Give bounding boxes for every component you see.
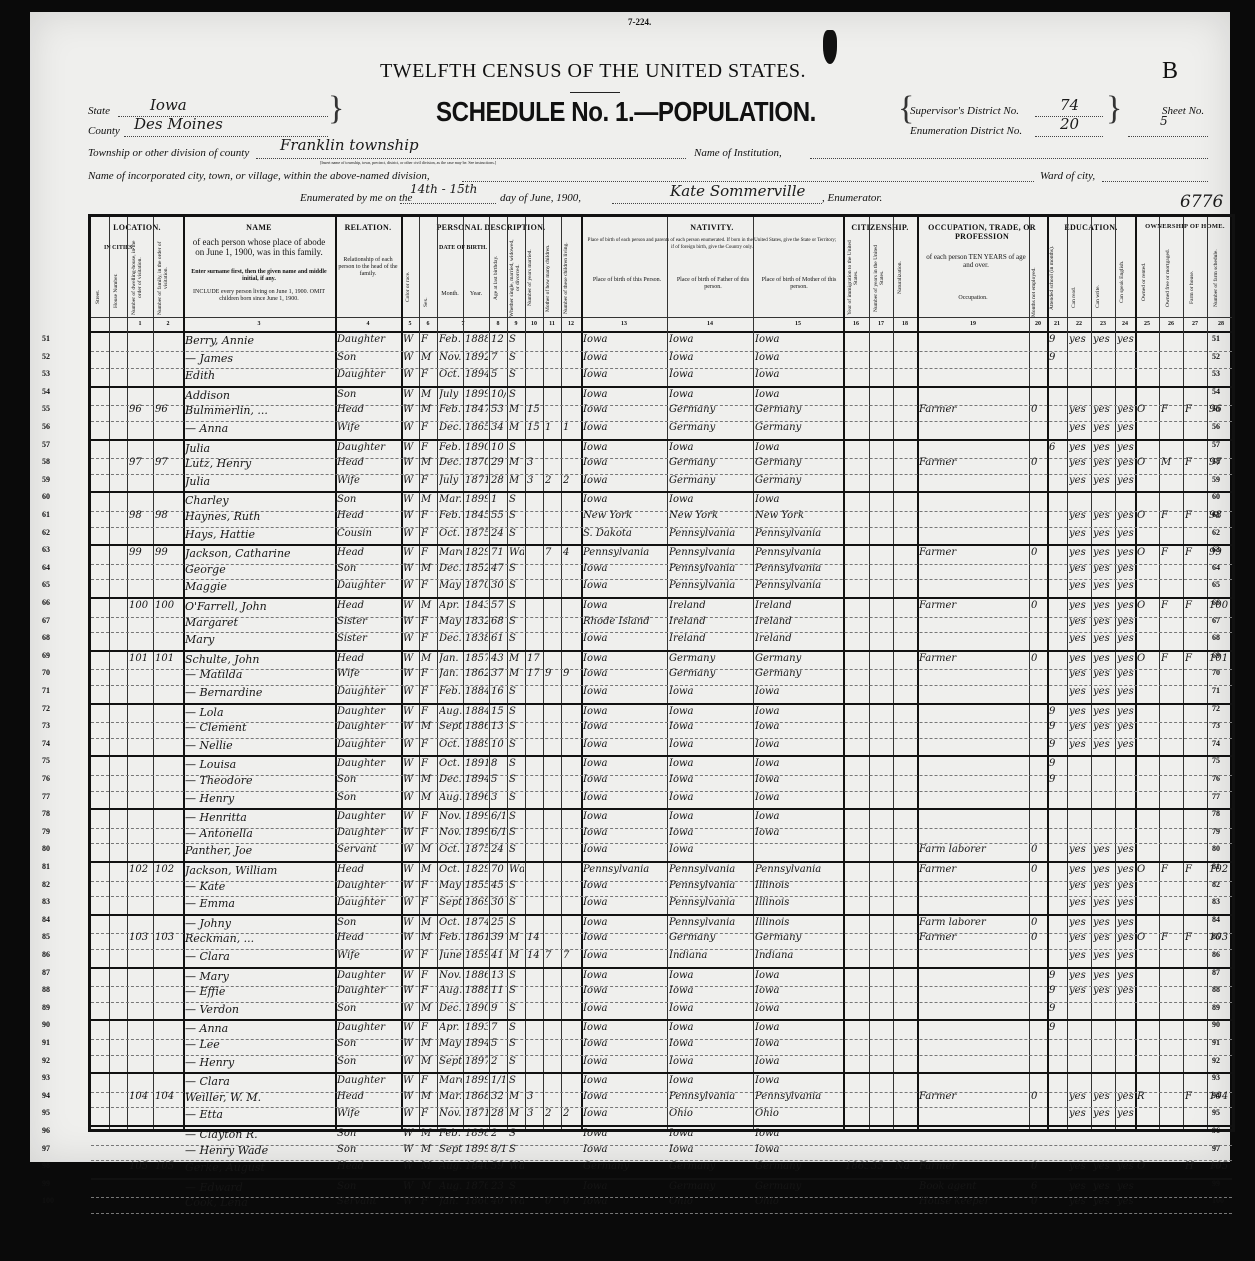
cell-year: 1889: [465, 739, 488, 750]
line-number: 83: [1212, 897, 1220, 906]
cell-bm: Iowa: [755, 1144, 842, 1155]
table-row: MargaretSisterWFMay183268SRhode IslandIr…: [91, 615, 1232, 634]
cell-year: 1899: [465, 811, 488, 822]
cell-mar: M: [509, 950, 524, 961]
cell-bm: Pennsylvania: [755, 547, 842, 558]
cell-unemp: 0: [1031, 917, 1046, 928]
cell-bm: Iowa: [755, 811, 842, 822]
table-row: 9696Bulmmerlin, ...HeadWMFeb.184753M15Io…: [91, 403, 1232, 422]
cell-unemp: 0: [1031, 932, 1046, 943]
cell-name: — Mary: [185, 970, 334, 983]
cell-month: Dec.: [439, 457, 462, 468]
cell-bf: Iowa: [669, 1144, 752, 1155]
cell-bp: Iowa: [583, 897, 666, 908]
cell-bm: Pennsylvania: [755, 1091, 842, 1102]
cell-read: yes: [1069, 844, 1090, 855]
cell-write: yes: [1093, 864, 1114, 875]
cell-month: Oct.: [439, 739, 462, 750]
cell-color: W: [403, 1056, 418, 1067]
table-row: JuliaWifeWFJuly187128M322IowaGermanyGerm…: [91, 474, 1232, 493]
cell-rel: Daughter: [337, 442, 400, 453]
cell-year: 1884: [465, 706, 488, 717]
cell-bf: Iowa: [669, 494, 752, 505]
cell-bf: Iowa: [669, 706, 752, 717]
cell-occ: Farm laborer: [919, 844, 1028, 855]
cell-mar: S: [509, 600, 524, 611]
cell-bp: Iowa: [583, 1091, 666, 1102]
cell-bm: Iowa: [755, 369, 842, 380]
cell-month: Jan.: [439, 668, 462, 679]
line-number: 55: [1212, 404, 1220, 413]
cell-bf: Ireland: [669, 600, 752, 611]
cell-fm: F: [1161, 600, 1182, 611]
line-number: 98: [42, 1161, 50, 1170]
cell-month: May: [439, 580, 462, 591]
cell-mar: S: [509, 1144, 524, 1155]
cell-mar: S: [509, 917, 524, 928]
cell-fm: F: [1161, 510, 1182, 521]
cell-ym: 3: [527, 1108, 542, 1119]
cell-month: Oct.: [439, 528, 462, 539]
cell-fam: 96: [155, 404, 182, 415]
cell-bp: New York: [583, 510, 666, 521]
cell-bm: Germany: [755, 932, 842, 943]
cell-mar: S: [509, 739, 524, 750]
line-number: 91: [1212, 1038, 1220, 1047]
cell-name: — Johny: [185, 917, 334, 930]
cell-dw: 100: [129, 600, 152, 611]
cell-sex: M: [421, 389, 436, 400]
cell-name: — Clara: [185, 1075, 334, 1088]
cell-age: 37: [491, 668, 506, 679]
cell-name: — Bernardine: [185, 686, 334, 699]
cell-mar: S: [509, 721, 524, 732]
cell-age: 8/12: [491, 1144, 506, 1155]
line-number: 82: [42, 880, 50, 889]
cell-color: W: [403, 442, 418, 453]
cell-color: W: [403, 563, 418, 574]
cell-name: — Emma: [185, 897, 334, 910]
cell-cl: 1: [563, 422, 580, 433]
cell-name: — Matilda: [185, 668, 334, 681]
cell-read: yes: [1069, 653, 1090, 664]
cell-month: Aug.: [439, 1181, 462, 1192]
cell-bp: Iowa: [583, 668, 666, 679]
cell-bf: Iowa: [669, 334, 752, 345]
cell-month: Oct.: [439, 917, 462, 928]
table-row: — ClementDaughterWMSept.188613SIowaIowaI…: [91, 720, 1232, 739]
cell-name: — Clayton R.: [185, 1128, 334, 1141]
cell-color: W: [403, 1108, 418, 1119]
header-occupation-title: OCCUPATION, TRADE, OR PROFESSION: [917, 223, 1047, 241]
line-number: 69: [42, 651, 50, 660]
cell-ym: 3: [527, 475, 542, 486]
cell-mc: 9: [545, 668, 560, 679]
cell-bp: Rhode Island: [583, 616, 666, 627]
cell-occ: House keeper: [919, 1196, 1028, 1207]
line-number: 71: [1212, 686, 1220, 695]
cell-bf: Pennsylvania: [669, 547, 752, 558]
cell-name: — Nellie: [185, 739, 334, 752]
cell-eng: yes: [1117, 404, 1134, 415]
cell-bp: Iowa: [583, 932, 666, 943]
cell-name: — Clement: [185, 721, 334, 734]
cell-eng: yes: [1117, 686, 1134, 697]
cell-name: — Henry: [185, 1056, 334, 1069]
header-years-us: Number of years in the United States.: [873, 239, 885, 317]
cell-month: Sept.: [439, 1144, 462, 1155]
cell-bp: Iowa: [583, 404, 666, 415]
cell-eng: yes: [1117, 880, 1134, 891]
table-row: — LeeSonWMMay18945SIowaIowaIowa: [91, 1037, 1232, 1056]
cell-year: 1893: [465, 1022, 488, 1033]
cell-mar: S: [509, 580, 524, 591]
cell-ym: 17: [527, 668, 542, 679]
cell-month: Dec.: [439, 422, 462, 433]
cell-year: 1874: [465, 917, 488, 928]
cell-bp: Iowa: [583, 917, 666, 928]
cell-rel: Head: [337, 510, 400, 521]
cell-month: Aug.: [439, 792, 462, 803]
cell-unemp: 0: [1031, 1091, 1046, 1102]
cell-eng: yes: [1117, 422, 1134, 433]
cell-age: 59: [491, 1161, 506, 1172]
table-row: — JamesSonWMNov.18927SIowaIowaIowa9: [91, 351, 1232, 370]
county-label: County: [88, 125, 120, 137]
line-number: 81: [1212, 862, 1220, 871]
line-number: 92: [1212, 1056, 1220, 1065]
cell-year: 1870: [465, 457, 488, 468]
line-number: 90: [1212, 1020, 1220, 1029]
cell-ym: 14: [527, 950, 542, 961]
cell-write: yes: [1093, 844, 1114, 855]
title-rule: [570, 92, 620, 93]
cell-mar: S: [509, 880, 524, 891]
cell-bf: Germany: [669, 932, 752, 943]
cell-sex: F: [421, 985, 436, 996]
cell-bp: Iowa: [583, 1144, 666, 1155]
line-number: 64: [42, 563, 50, 572]
city-field: [462, 167, 1034, 182]
cell-write: yes: [1093, 633, 1114, 644]
line-number: 56: [1212, 422, 1220, 431]
cell-rel: Servant: [337, 844, 400, 855]
cell-write: yes: [1093, 950, 1114, 961]
institution-label: Name of Institution,: [694, 147, 782, 159]
header-dwelling: Number of dwelling-house, in the order o…: [131, 239, 143, 317]
cell-age: 30: [491, 580, 506, 591]
township-label: Township or other division of county: [88, 147, 249, 159]
enumerator-label: , Enumerator.: [822, 192, 882, 204]
cell-month: Aug.: [439, 706, 462, 717]
cell-bf: Pennsylvania: [669, 563, 752, 574]
cell-color: W: [403, 422, 418, 433]
cell-age: 7: [491, 1022, 506, 1033]
cell-name: Mary: [185, 633, 334, 646]
table-row: 105105Gerke, AugustHeadWMAug.184059WdGer…: [91, 1160, 1232, 1179]
cell-fh: F: [1185, 547, 1206, 558]
cell-bf: Germany: [669, 422, 752, 433]
cell-eng: yes: [1117, 1108, 1134, 1119]
cell-mar: S: [509, 1075, 524, 1086]
cell-color: W: [403, 1091, 418, 1102]
cell-sex: F: [421, 706, 436, 717]
cell-own: O: [1137, 600, 1158, 611]
cell-name: — Antonella: [185, 827, 334, 840]
cell-write: yes: [1093, 510, 1114, 521]
cell-mar: S: [509, 528, 524, 539]
line-number: 69: [1212, 651, 1220, 660]
header-birth-person: Place of birth of this Person.: [585, 277, 669, 284]
cell-bf: New York: [669, 510, 752, 521]
cell-bf: Iowa: [669, 970, 752, 981]
cell-color: W: [403, 475, 418, 486]
cell-rel: Son: [337, 1181, 400, 1192]
cell-name: — Henry Wade: [185, 1144, 334, 1157]
cell-bm: Germany: [755, 1181, 842, 1192]
cell-month: Oct.: [439, 864, 462, 875]
cell-occ: Farmer: [919, 457, 1028, 468]
schedule-title: SCHEDULE No. 1.—POPULATION.: [436, 96, 816, 128]
cell-read: yes: [1069, 616, 1090, 627]
cell-name: O'Farrell, John: [185, 600, 334, 613]
cell-age: 5: [491, 369, 506, 380]
cell-bm: Pennsylvania: [755, 528, 842, 539]
line-number: 75: [42, 756, 50, 765]
cell-eng: yes: [1117, 864, 1134, 875]
cell-bf: Germany: [669, 653, 752, 664]
cell-fam: 97: [155, 457, 182, 468]
cell-write: yes: [1093, 404, 1114, 415]
cell-write: yes: [1093, 653, 1114, 664]
line-number: 58: [42, 457, 50, 466]
cell-mar: Wd: [509, 1161, 524, 1172]
cell-occ: Farmer: [919, 547, 1028, 558]
sheet-no-label: Sheet No.: [1162, 105, 1204, 117]
cell-year: 1899: [465, 389, 488, 400]
cell-name: — Henritta: [185, 811, 334, 824]
cell-month: Feb.: [439, 686, 462, 697]
cell-mar: S: [509, 774, 524, 785]
cell-color: W: [403, 1003, 418, 1014]
cell-age: 1/12: [491, 1075, 506, 1086]
line-number: 65: [1212, 580, 1220, 589]
line-number: 97: [42, 1144, 50, 1153]
institution-field: [810, 144, 1208, 159]
cell-read: yes: [1069, 917, 1090, 928]
line-number: 76: [1212, 774, 1220, 783]
line-number: 73: [42, 721, 50, 730]
cell-read: yes: [1069, 457, 1090, 468]
cell-month: Nov.: [439, 827, 462, 838]
line-number: 85: [1212, 932, 1220, 941]
cell-bp: Iowa: [583, 739, 666, 750]
cell-bf: Pennsylvania: [669, 1091, 752, 1102]
cell-own: O: [1137, 404, 1158, 415]
line-number: 54: [42, 387, 50, 396]
column-number: 6: [419, 321, 437, 327]
cell-bp: Iowa: [583, 1056, 666, 1067]
census-title: TWELFTH CENSUS OF THE UNITED STATES.: [380, 60, 806, 83]
line-number: 97: [1212, 1144, 1220, 1153]
cell-bp: Iowa: [583, 1075, 666, 1086]
cell-fam: 104: [155, 1091, 182, 1102]
cell-sch: 6: [1049, 442, 1066, 453]
cell-month: Oct.: [439, 844, 462, 855]
table-row: — BernardineDaughterWFFeb.188416SIowaIow…: [91, 685, 1232, 704]
cell-rel: Daughter: [337, 334, 400, 345]
cell-color: W: [403, 827, 418, 838]
cell-name: — Anna: [185, 422, 334, 435]
cell-color: W: [403, 1075, 418, 1086]
cell-fh: F: [1185, 932, 1206, 943]
line-number: 67: [42, 616, 50, 625]
line-number: 72: [1212, 704, 1220, 713]
cell-bm: Germany: [755, 475, 842, 486]
cell-year: 1888: [465, 334, 488, 345]
cell-rel: Son: [337, 1144, 400, 1155]
column-number: 28: [1207, 321, 1235, 327]
header-naturalization: Naturalization.: [897, 239, 903, 317]
cell-year: 1860: [465, 1196, 488, 1207]
cell-age: 5: [491, 774, 506, 785]
cell-bp: Iowa: [583, 1196, 666, 1207]
cell-fam: 99: [155, 547, 182, 558]
cell-read: yes: [1069, 721, 1090, 732]
header-can-read: Can read.: [1071, 277, 1077, 317]
cell-name: — Kate: [185, 880, 334, 893]
cell-color: W: [403, 352, 418, 363]
line-number: 79: [42, 827, 50, 836]
line-number: 74: [42, 739, 50, 748]
cell-color: W: [403, 758, 418, 769]
line-number: 77: [42, 792, 50, 801]
cell-own: O: [1137, 1161, 1158, 1172]
cell-read: yes: [1069, 970, 1090, 981]
cell-write: yes: [1093, 721, 1114, 732]
cell-own: O: [1137, 457, 1158, 468]
cell-name: Charley: [185, 494, 334, 507]
cell-rel: Daughter: [337, 811, 400, 822]
line-number: 92: [42, 1056, 50, 1065]
cell-color: W: [403, 1161, 418, 1172]
cell-fm: F: [1161, 404, 1182, 415]
column-number: 1: [127, 321, 153, 327]
cell-name: — Effie: [185, 985, 334, 998]
table-row: MaggieDaughterWFMay187030SIowaPennsylvan…: [91, 579, 1232, 598]
column-number: 20: [1029, 321, 1047, 327]
cell-rel: Cousin: [337, 528, 400, 539]
cell-bp: Iowa: [583, 653, 666, 664]
cell-name: — Henry: [185, 792, 334, 805]
cell-year: 1875: [465, 844, 488, 855]
cell-age: 57: [491, 600, 506, 611]
cell-bp: Iowa: [583, 1022, 666, 1033]
cell-rel: Daughter: [337, 880, 400, 891]
header-month: Month.: [437, 291, 463, 298]
cell-mar: M: [509, 475, 524, 486]
cell-own: O: [1137, 510, 1158, 521]
cell-read: yes: [1069, 1108, 1090, 1119]
cell-eng: yes: [1117, 442, 1134, 453]
line-number: 78: [1212, 809, 1220, 818]
cell-month: Oct.: [439, 369, 462, 380]
cell-fam: 101: [155, 653, 182, 664]
cell-fh: F: [1185, 653, 1206, 664]
cell-own: O: [1137, 932, 1158, 943]
line-number: 52: [42, 352, 50, 361]
cell-bf: Iowa: [669, 758, 752, 769]
cell-month: Dec.: [439, 774, 462, 785]
cell-name: Hays, Hattie: [185, 528, 334, 541]
cell-bp: Iowa: [583, 580, 666, 591]
cell-year: 1847: [465, 404, 488, 415]
cell-write: yes: [1093, 1108, 1114, 1119]
cell-mar: Wd: [509, 547, 524, 558]
cell-mar: Wd: [509, 864, 524, 875]
cell-eng: yes: [1117, 457, 1134, 468]
cell-name: Lutz, Henry: [185, 457, 334, 470]
table-row: — AntonellaDaughterWFNov.18996/12SIowaIo…: [91, 826, 1232, 845]
cell-month: July: [439, 475, 462, 486]
column-number: 5: [401, 321, 419, 327]
cell-eng: yes: [1117, 950, 1134, 961]
cell-bf: Germany: [669, 475, 752, 486]
cell-cl: 9: [563, 668, 580, 679]
cell-month: March: [439, 547, 462, 558]
header-attended: Attended school (in months).: [1049, 239, 1055, 317]
cell-bp: Iowa: [583, 792, 666, 803]
cell-name: — Louisa: [185, 758, 334, 771]
line-number: 78: [42, 809, 50, 818]
header-owned-rented: Owned or rented.: [1141, 247, 1147, 317]
cell-bp: Iowa: [583, 844, 666, 855]
table-row: — EmmaDaughterWFSept.186930SIowaPennsylv…: [91, 896, 1232, 915]
cell-bp: Iowa: [583, 352, 666, 363]
line-number: 96: [1212, 1126, 1220, 1135]
cell-sex: F: [421, 811, 436, 822]
cell-rel: Wife: [337, 1108, 400, 1119]
cell-fm: F: [1161, 932, 1182, 943]
township-value: Franklin township: [280, 136, 419, 154]
cell-bm: Iowa: [755, 352, 842, 363]
cell-bp: Iowa: [583, 950, 666, 961]
sheet-no-value: 5: [1160, 114, 1168, 128]
cell-year: 1899: [465, 1075, 488, 1086]
brace-close: }: [1106, 90, 1122, 128]
cell-bp: Iowa: [583, 457, 666, 468]
header-months-unemployed: Months not employed.: [1031, 267, 1037, 317]
line-number: 68: [1212, 633, 1220, 642]
cell-year: 1865: [465, 422, 488, 433]
line-number: 70: [1212, 668, 1220, 677]
cell-rel: Daughter: [337, 686, 400, 697]
column-number: 25: [1135, 321, 1159, 327]
cell-own: O: [1137, 653, 1158, 664]
cell-mar: S: [509, 811, 524, 822]
cell-fm: F: [1161, 653, 1182, 664]
cell-year: 1886: [465, 721, 488, 732]
table-row: — Henry WadeSonWMSept.18998/12SIowaIowaI…: [91, 1143, 1232, 1162]
cell-name: Bulmmerlin, ...: [185, 404, 334, 417]
line-number: 65: [42, 580, 50, 589]
cell-bm: Illinois: [755, 917, 842, 928]
cell-age: 45: [491, 880, 506, 891]
cell-sex: F: [421, 880, 436, 891]
cell-write: yes: [1093, 475, 1114, 486]
table-row: 9898Haynes, RuthHeadWFFeb.184555SNew Yor…: [91, 509, 1232, 528]
cell-sex: F: [421, 547, 436, 558]
